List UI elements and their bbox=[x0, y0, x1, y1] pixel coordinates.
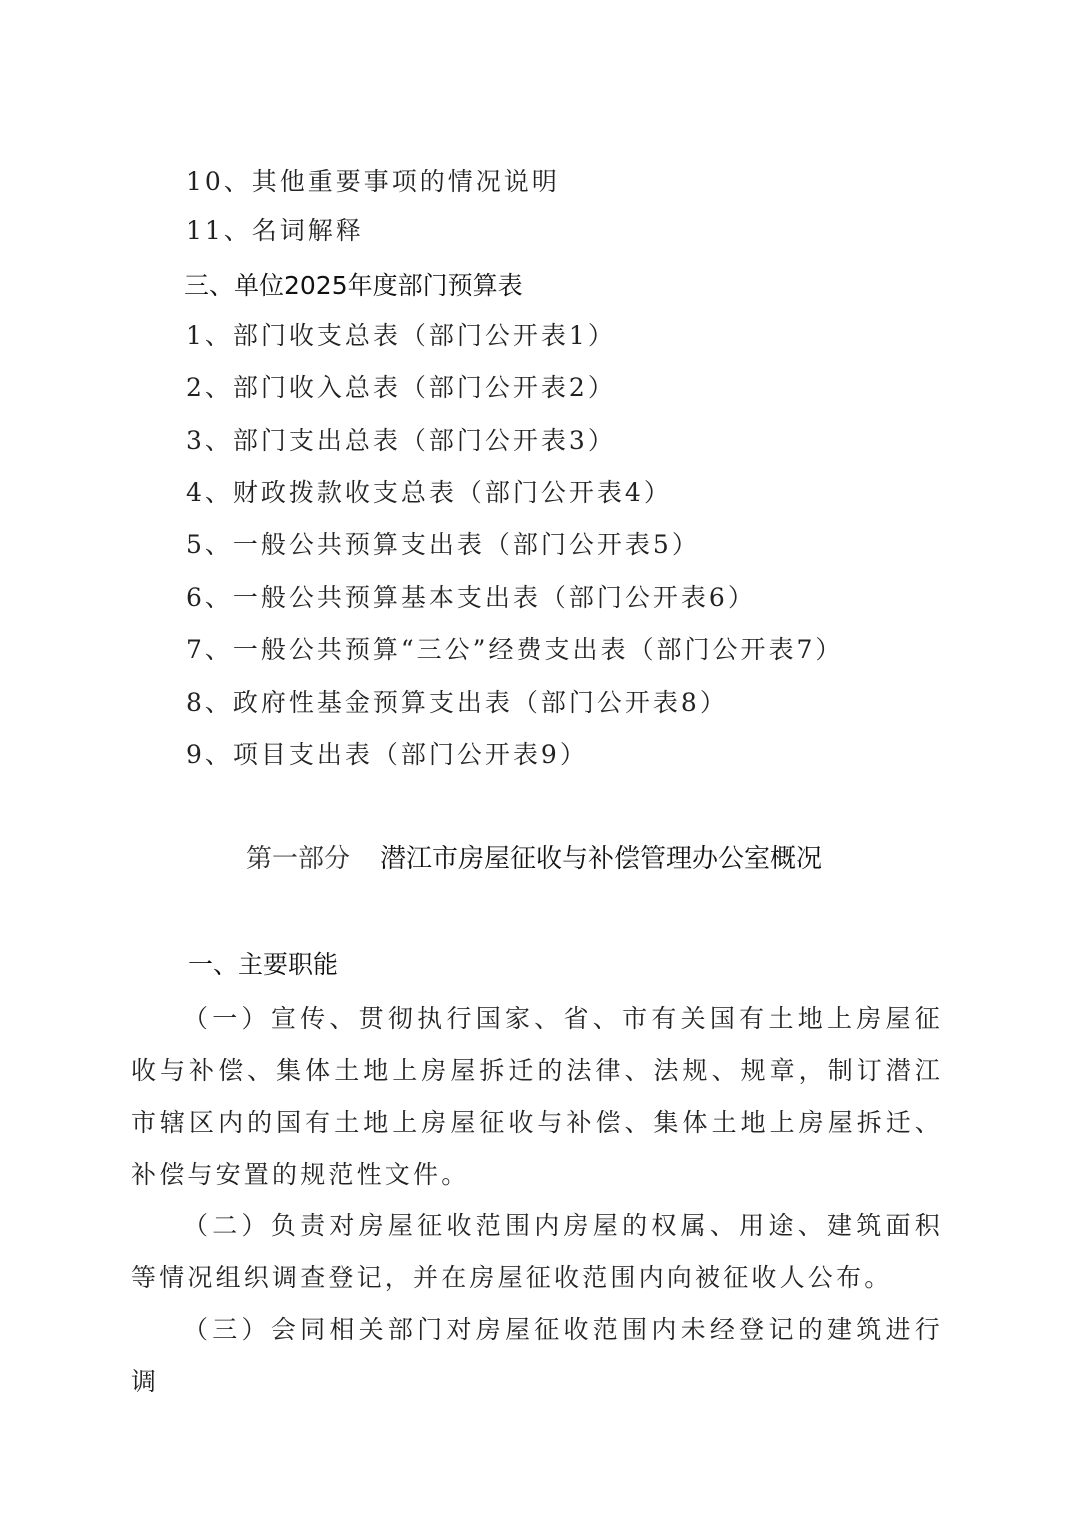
function-paragraph-3: （三）会同相关部门对房屋征收范围内未经登记的建筑进行调 bbox=[131, 1304, 943, 1408]
budget-table-item-2: 2、部门收入总表（部门公开表2） bbox=[186, 373, 616, 403]
budget-table-item-3: 3、部门支出总表（部门公开表3） bbox=[186, 426, 616, 456]
budget-table-item-8: 8、政府性基金预算支出表（部门公开表8） bbox=[186, 688, 728, 718]
toc-item-11: 11、名词解释 bbox=[186, 216, 364, 246]
part-label: 第一部分 bbox=[246, 844, 350, 874]
budget-table-item-7: 7、一般公共预算“三公”经费支出表（部门公开表7） bbox=[186, 635, 843, 665]
budget-table-item-5: 5、一般公共预算支出表（部门公开表5） bbox=[186, 530, 700, 560]
document-page: 10、其他重要事项的情况说明 11、名词解释 三、单位2025年度部门预算表 1… bbox=[0, 0, 1069, 1514]
section-three-heading: 三、单位2025年度部门预算表 bbox=[184, 271, 523, 301]
function-paragraph-1: （一）宣传、贯彻执行国家、省、市有关国有土地上房屋征收与补偿、集体土地上房屋拆迁… bbox=[131, 993, 943, 1201]
budget-table-item-6: 6、一般公共预算基本支出表（部门公开表6） bbox=[186, 583, 756, 613]
part-title-text: 潜江市房屋征收与补偿管理办公室概况 bbox=[380, 844, 822, 874]
budget-table-item-9: 9、项目支出表（部门公开表9） bbox=[186, 740, 588, 770]
part-one-title: 第一部分潜江市房屋征收与补偿管理办公室概况 bbox=[246, 843, 822, 875]
budget-table-item-4: 4、财政拨款收支总表（部门公开表4） bbox=[186, 478, 672, 508]
function-paragraph-2: （二）负责对房屋征收范围内房屋的权属、用途、建筑面积等情况组织调查登记，并在房屋… bbox=[131, 1200, 943, 1304]
toc-item-10: 10、其他重要事项的情况说明 bbox=[186, 167, 560, 197]
main-functions-heading: 一、主要职能 bbox=[188, 950, 338, 980]
budget-table-item-1: 1、部门收支总表（部门公开表1） bbox=[186, 321, 616, 351]
